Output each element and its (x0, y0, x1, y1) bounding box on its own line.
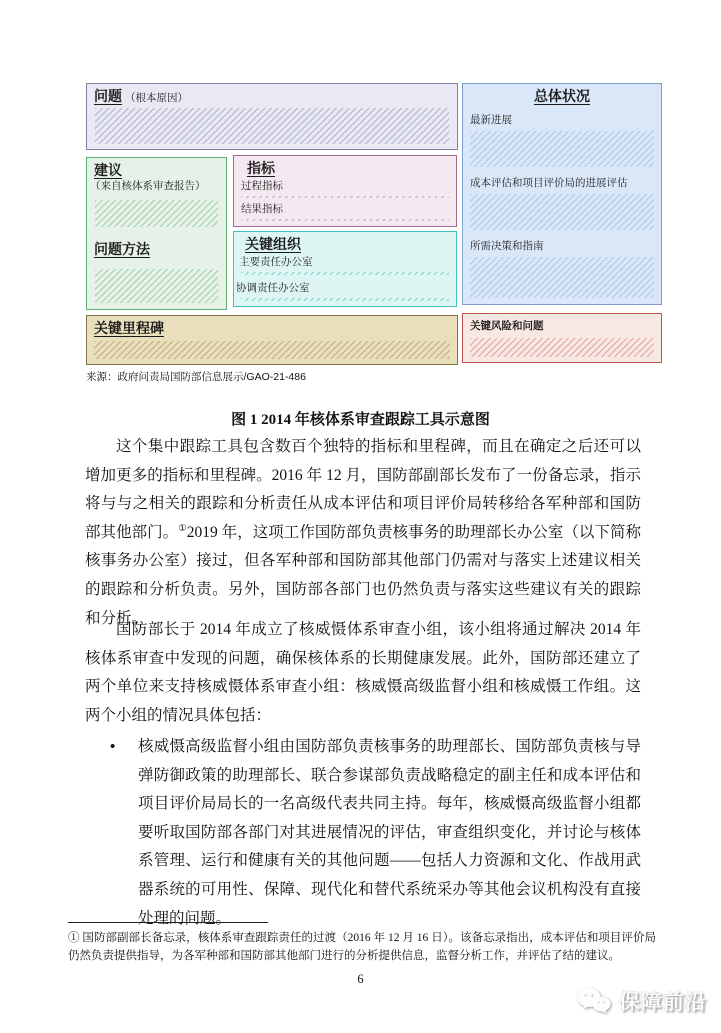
box-problem-approach-title: 问题方法 (94, 240, 219, 258)
box-recommendations-title: 建议 (94, 161, 219, 179)
status-capes-assessment-hatch-placeholder (470, 194, 654, 230)
watermark-label: 保障前沿 (619, 986, 707, 1016)
status-decisions-guidance-label: 所需决策和指南 (470, 239, 654, 254)
box-problem-subtitle: （根本原因） (125, 91, 188, 105)
risks-hatch-placeholder (470, 338, 654, 357)
paragraph-2: 国防部长于 2014 年成立了核威慑体系审查小组，该小组将通过解决 2014 年… (85, 616, 641, 730)
box-indicators-title: 指标 (247, 159, 449, 177)
bullet-item-1: 核威慑高级监督小组由国防部负责核事务的助理部长、国防部负责核与导弹防御政策的助理… (138, 733, 641, 933)
org-primary-hatch-placeholder (241, 272, 449, 275)
box-overall-status-title: 总体状况 (470, 87, 654, 105)
figure-caption: 图 1 2014 年核体系审查跟踪工具示意图 (0, 408, 721, 429)
box-problem-title-row: 问题 （根本原因） (94, 87, 450, 105)
problem-hatch-placeholder (95, 108, 449, 144)
indicator-result-label: 结果指标 (241, 202, 449, 217)
page-number: 6 (0, 972, 721, 987)
recommendations-hatch-placeholder (95, 200, 218, 227)
box-key-milestones: 关键里程碑 (86, 315, 458, 365)
document-page: 问题 （根本原因） 建议 （来自核体系审查报告） 问题方法 指标 过程指标 结果… (0, 0, 721, 1033)
box-key-organizations: 关键组织 主要责任办公室 协调责任办公室 (233, 231, 457, 307)
footnote-marker-1: ① (178, 524, 187, 534)
status-decisions-guidance-hatch-placeholder (470, 257, 654, 298)
status-capes-assessment-label: 成本评估和项目评价局的进展评估 (470, 176, 654, 191)
status-latest-progress-label: 最新进展 (470, 113, 654, 128)
box-overall-status: 总体状况 最新进展 成本评估和项目评价局的进展评估 所需决策和指南 (462, 83, 662, 305)
indicator-result-hatch-placeholder (241, 219, 449, 221)
problem-approach-hatch-placeholder (95, 269, 218, 303)
indicator-process-label: 过程指标 (241, 179, 449, 194)
box-key-risks-title: 关键风险和问题 (470, 319, 654, 334)
box-key-milestones-title: 关键里程碑 (94, 319, 450, 337)
milestones-hatch-placeholder (94, 341, 450, 359)
wechat-icon (576, 987, 612, 1015)
org-primary-label: 主要责任办公室 (239, 255, 449, 270)
figure-source-line: 来源：政府问责局国防部信息展示/GAO-21-486 (86, 369, 306, 384)
paragraph-1: 这个集中跟踪工具包含数百个独特的指标和里程碑，而且在确定之后还可以增加更多的指标… (85, 433, 641, 633)
bullet-list: • 核威慑高级监督小组由国防部负责核事务的助理部长、国防部负责核与导弹防御政策的… (85, 733, 641, 933)
bullet-marker: • (110, 733, 115, 762)
org-coordinating-label: 协调责任办公室 (236, 281, 449, 296)
box-recommendations: 建议 （来自核体系审查报告） 问题方法 (86, 157, 227, 310)
org-coordinating-hatch-placeholder (241, 298, 449, 301)
box-problem: 问题 （根本原因） (86, 83, 458, 150)
watermark: 保障前沿 (576, 986, 707, 1016)
indicator-process-hatch-placeholder (241, 196, 449, 198)
box-recommendations-subtitle: （来自核体系审查报告） (90, 179, 219, 193)
box-key-organizations-title: 关键组织 (245, 235, 449, 253)
box-key-risks: 关键风险和问题 (462, 313, 662, 363)
footnote-text: ① 国防部副部长备忘录，核体系审查跟踪责任的过渡（2016 年 12 月 16 … (68, 929, 656, 966)
footnote-divider (68, 922, 268, 923)
box-indicators: 指标 过程指标 结果指标 (233, 155, 457, 227)
box-problem-title: 问题 (94, 87, 122, 105)
status-latest-progress-hatch-placeholder (470, 131, 654, 167)
